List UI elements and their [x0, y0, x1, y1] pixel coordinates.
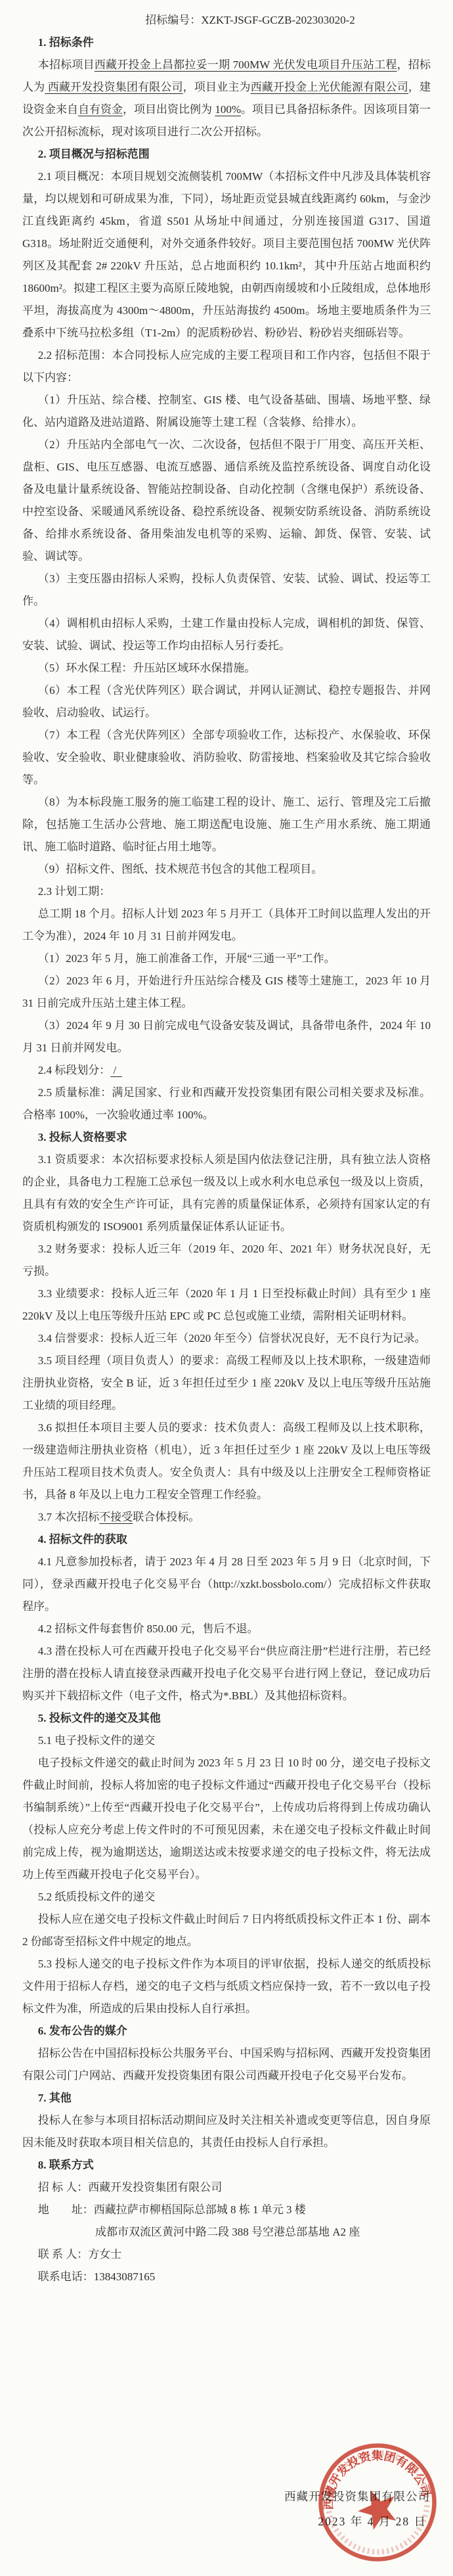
para-3-2: 3.2 财务要求：投标人近三年（2019 年、2020 年、2021 年）财务状… [22, 1238, 431, 1283]
signature-company: 西藏开发投资集团有限公司 [284, 2485, 430, 2508]
signature-date: 2023 年 4 月 28 日 [318, 2510, 427, 2533]
para-2-2-3: （3）主变压器由招标人采购，投标人负责保管、安装、试验、调试、投运等工作。 [22, 568, 431, 612]
para-2-4: 2.4 标段划分： / [22, 1059, 431, 1082]
tender-notice-page: 招标编号：XZKT-JSGF-GCZB-202303020-21. 招标条件本招… [0, 0, 453, 2576]
contact-address-2: 成都市双流区黄河中路二段 388 号空港总部基地 A2 座 [22, 2221, 431, 2243]
para-5-1: 5.1 电子投标文件的递交 [22, 1730, 431, 1752]
para-3-5: 3.5 项目经理（项目负责人）的要求：高级工程师及以上技术职称，一级建造师注册执… [22, 1350, 431, 1417]
para-2-2-7: （7）本工程（含光伏阵列区）全部专项验收工作，达标投产、水保验收、环保验收、安全… [22, 724, 431, 791]
para-2-5: 2.5 质量标准：满足国家、行业和西藏开发投资集团有限公司相关要求及标准。合格率… [22, 1082, 431, 1126]
para-6-body: 招标公告在中国招标投标公共服务平台、中国采购与招标网、西藏开发投资集团有限公司门… [22, 2042, 431, 2087]
para-5-1-body: 电子投标文件递交的截止时间为 2023 年 5 月 23 日 10 时 00 分… [22, 1752, 431, 1886]
para-2-3-2: （2）2023 年 6 月，开始进行升压站综合楼及 GIS 楼等土建施工，202… [22, 970, 431, 1015]
para-2-2-4: （4）调相机由招标人采购，土建工作量由投标人完成，调相机的卸货、保管、安装、试验… [22, 612, 431, 657]
para-7-body: 投标人在参与本项目招标活动期间应及时关注相关补遗或变更等信息，因自身原因未能及时… [22, 2109, 431, 2154]
para-5-2: 5.2 纸质投标文件的递交 [22, 1886, 431, 1908]
heading-5: 5. 投标文件的递交及其他 [22, 1707, 431, 1730]
para-3-6: 3.6 拟担任本项目主要人员的要求：技术负责人：高级工程师及以上技术职称，一级建… [22, 1417, 431, 1506]
para-4-2: 4.2 招标文件每套售价 850.00 元，售后不退。 [22, 1618, 431, 1640]
document-body: 招标编号：XZKT-JSGF-GCZB-202303020-21. 招标条件本招… [0, 0, 453, 2288]
para-2-3-3: （3）2024 年 9 月 30 日前完成电气设备安装及调试，具备带电条件，20… [22, 1015, 431, 1059]
para-4-1: 4.1 凡意参加投标者，请于 2023 年 4 月 28 日至 2023 年 5… [22, 1551, 431, 1618]
heading-7: 7. 其他 [22, 2087, 431, 2109]
para-2-3: 2.3 计划工期： [22, 881, 431, 903]
para-2-2-6: （6）本工程（含光伏阵列区）联合调试，并网认证测试、稳控专题报告、并网验收、启动… [22, 679, 431, 724]
para-3-1: 3.1 资质要求：本次招标要求投标人须是国内依法登记注册，具有独立法人资格的企业… [22, 1149, 431, 1238]
para-2-3-1: （1）2023 年 5 月，施工前准备工作，开展“三通一平”工作。 [22, 948, 431, 970]
para-2-3-body: 总工期 18 个月。招标人计划 2023 年 5 月开工（具体开工时间以监理人发… [22, 903, 431, 948]
heading-4: 4. 招标文件的获取 [22, 1529, 431, 1551]
para-3-3: 3.3 业绩要求：投标人近三年（2020 年 1 月 1 日至投标截止时间）具有… [22, 1283, 431, 1327]
para-2-2-2: （2）升压站内全部电气一次、二次设备，包括但不限于厂用变、高压开关柜、盘柜、GI… [22, 434, 431, 568]
para-3-4: 3.4 信誉要求：投标人近三年（2020 年至今）信誉状况良好，无不良行为记录。 [22, 1327, 431, 1350]
heading-1: 1. 招标条件 [22, 32, 431, 54]
para-4-3: 4.3 潜在投标人可在西藏开投电子化交易平台“供应商注册”栏进行注册，若已经注册… [22, 1640, 431, 1707]
para-2-2-8: （8）为本标段施工服务的施工临建工程的设计、施工、运行、管理及完工后撤除，包括施… [22, 791, 431, 858]
para-2-2: 2.2 招标范围：本合同投标人应完成的主要工程项目和工作内容，包括但不限于以下内… [22, 344, 431, 389]
para-1: 本招标项目西藏开投金上昌都拉妥一期 700MW 光伏发电项目升压站工程，招标人为… [22, 54, 431, 143]
heading-8: 8. 联系方式 [22, 2154, 431, 2176]
para-2-1: 2.1 项目概况：本项目规划交流侧装机 700MW（本招标文件中凡涉及具体装机容… [22, 166, 431, 344]
para-2-2-1: （1）升压站、综合楼、控制室、GIS 楼、电气设备基础、围墙、场地平整、绿化、站… [22, 389, 431, 434]
para-3-7: 3.7 本次招标不接受联合体投标。 [22, 1506, 431, 1529]
contact-phone: 联系电话：13843087165 [22, 2266, 431, 2288]
contact-person: 联 系 人：方女士 [22, 2243, 431, 2266]
para-5-3: 5.3 投标人递交的电子投标文件作为本项目的评审依据，投标人递交的纸质投标文件用… [22, 1953, 431, 2020]
contact-tenderee: 招 标 人：西藏开发投资集团有限公司 [22, 2176, 431, 2199]
heading-3: 3. 投标人资格要求 [22, 1126, 431, 1149]
ref-no: 招标编号：XZKT-JSGF-GCZB-202303020-2 [22, 9, 431, 32]
para-2-2-9: （9）招标文件、图纸、技术规范书包含的其他工程项目。 [22, 858, 431, 881]
para-2-2-5: （5）环水保工程：升压站区域环水保措施。 [22, 657, 431, 679]
para-5-2-body: 投标人应在递交电子投标文件截止时间后 7 日内将纸质投标文件正本 1 份、副本 … [22, 1908, 431, 1953]
heading-2: 2. 项目概况与招标范围 [22, 143, 431, 166]
contact-address-1: 地 址：西藏拉萨市柳梧国际总部城 8 栋 1 单元 3 楼 [22, 2199, 431, 2221]
heading-6: 6. 发布公告的媒介 [22, 2020, 431, 2042]
